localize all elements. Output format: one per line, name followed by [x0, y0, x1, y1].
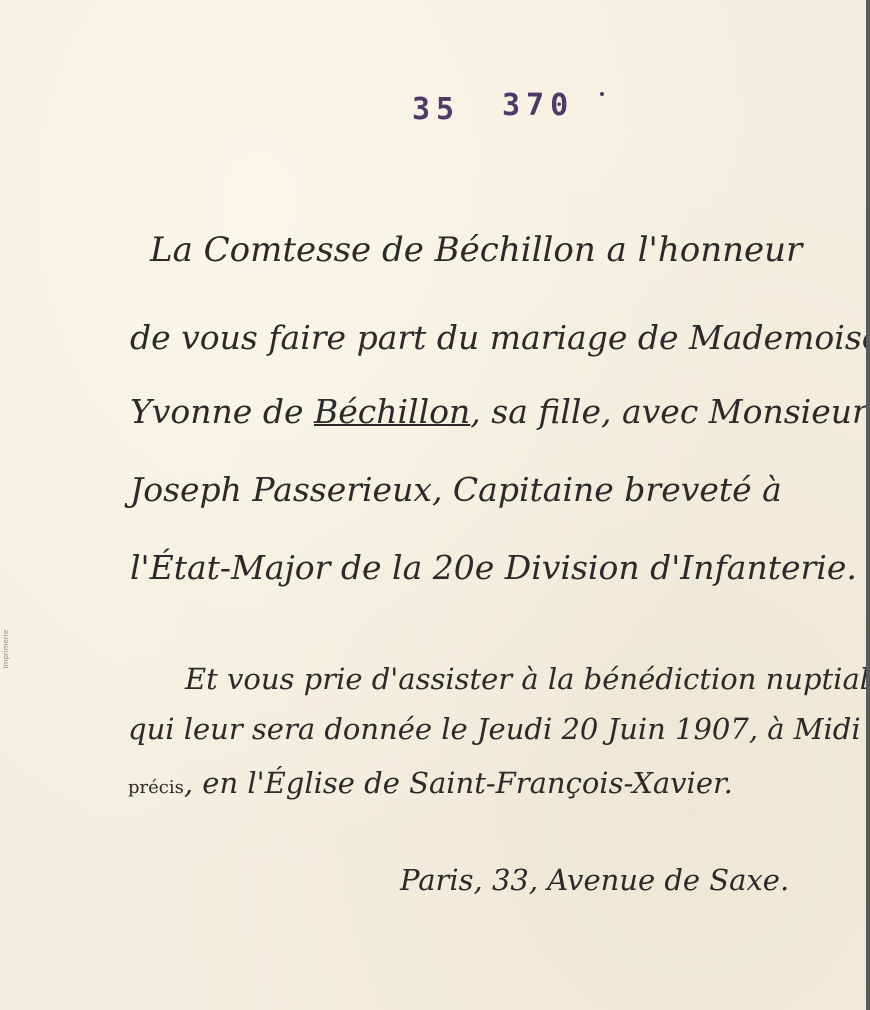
church-text: , en l'Église de Saint-François-Xavier.: [184, 766, 733, 800]
line3-suffix: , sa fille, avec Monsieur: [470, 392, 867, 431]
invitation-line-1: La Comtesse de Béchillon a l'honneur: [150, 230, 802, 270]
address-line: Paris, 33, Avenue de Saxe.: [400, 863, 789, 897]
bride-surname: Béchillon: [314, 392, 470, 431]
precis-word: précis: [128, 777, 184, 798]
stamp-number-part1: 35: [412, 92, 460, 127]
invitation-line-6: Et vous prie d'assister à la bénédiction…: [185, 662, 870, 696]
line3-prefix: Yvonne de: [130, 392, 314, 431]
invitation-line-7: qui leur sera donnée le Jeudi 20 Juin 19…: [128, 712, 861, 746]
stamp-dot: [600, 92, 604, 96]
invitation-line-4: Joseph Passerieux, Capitaine breveté à: [130, 470, 782, 509]
invitation-line-5: l'État-Major de la 20e Division d'Infant…: [130, 548, 857, 587]
invitation-line-8: précis, en l'Église de Saint-François-Xa…: [128, 766, 733, 800]
invitation-card: 35 370 La Comtesse de Béchillon a l'honn…: [0, 0, 866, 1010]
invitation-line-2: de vous faire part du mariage de Mademoi…: [130, 318, 870, 357]
paper-edge: [866, 0, 870, 1010]
invitation-line-3: Yvonne de Béchillon, sa fille, avec Mons…: [130, 392, 868, 431]
stamp-number-part2: 370: [502, 88, 574, 123]
printer-mark: Imprimerie: [2, 630, 10, 668]
